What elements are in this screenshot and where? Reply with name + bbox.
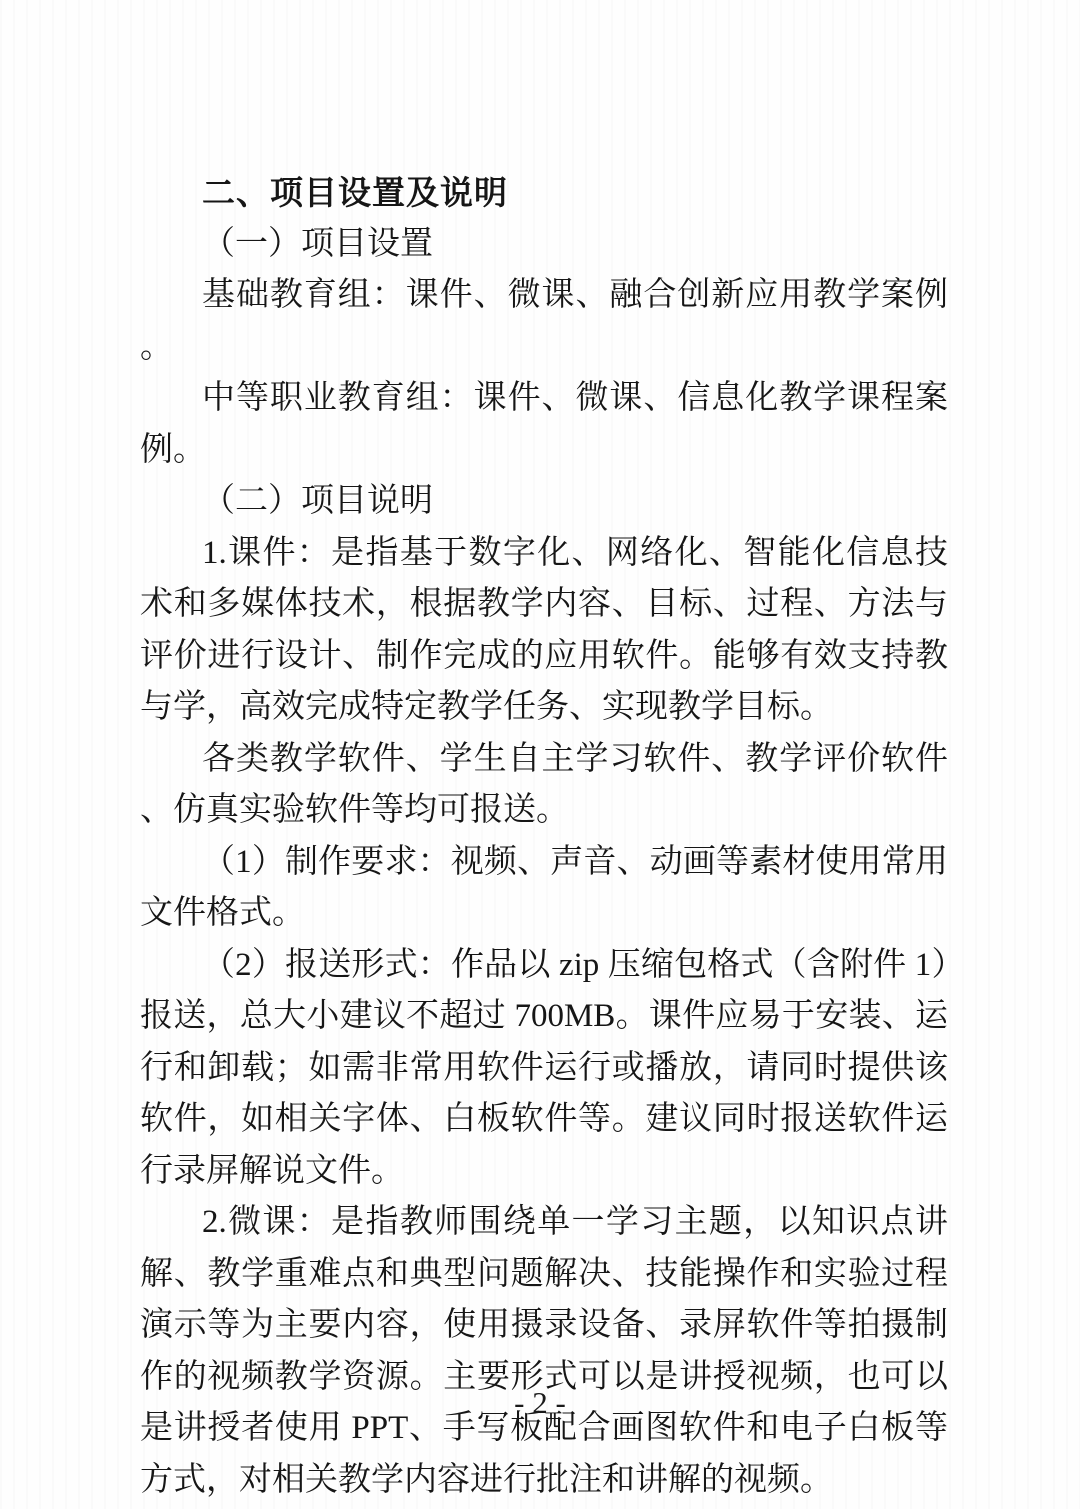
paragraph-microlecture-definition: 2.微课：是指教师围绕单一学习主题，以知识点讲解、教学重难点和典型问题解决、技能… <box>140 1197 948 1506</box>
paragraph-submission-format: （2）报送形式：作品以 zip 压缩包格式（含附件 1）报送，总大小建议不超过 … <box>140 940 948 1198</box>
page-number: - 2 - <box>0 1383 1080 1423</box>
paragraph-vocational-education-group: 中等职业教育组：课件、微课、信息化教学课程案例。 <box>140 373 948 476</box>
paragraph-project-setup-label: （一）项目设置 <box>140 219 948 271</box>
document-body: 二、项目设置及说明 （一）项目设置 基础教育组：课件、微课、融合创新应用教学案例… <box>140 167 948 1506</box>
paragraph-project-description-label: （二）项目说明 <box>140 476 948 528</box>
section-heading: 二、项目设置及说明 <box>140 167 948 219</box>
paragraph-courseware-definition: 1.课件：是指基于数字化、网络化、智能化信息技术和多媒体技术，根据教学内容、目标… <box>140 528 948 734</box>
paragraph-production-requirements: （1）制作要求：视频、声音、动画等素材使用常用文件格式。 <box>140 837 948 940</box>
paragraph-basic-education-group: 基础教育组：课件、微课、融合创新应用教学案例。 <box>140 270 948 373</box>
paragraph-software-types: 各类教学软件、学生自主学习软件、教学评价软件、仿真实验软件等均可报送。 <box>140 734 948 837</box>
document-page: 二、项目设置及说明 （一）项目设置 基础教育组：课件、微课、融合创新应用教学案例… <box>0 0 1080 1509</box>
